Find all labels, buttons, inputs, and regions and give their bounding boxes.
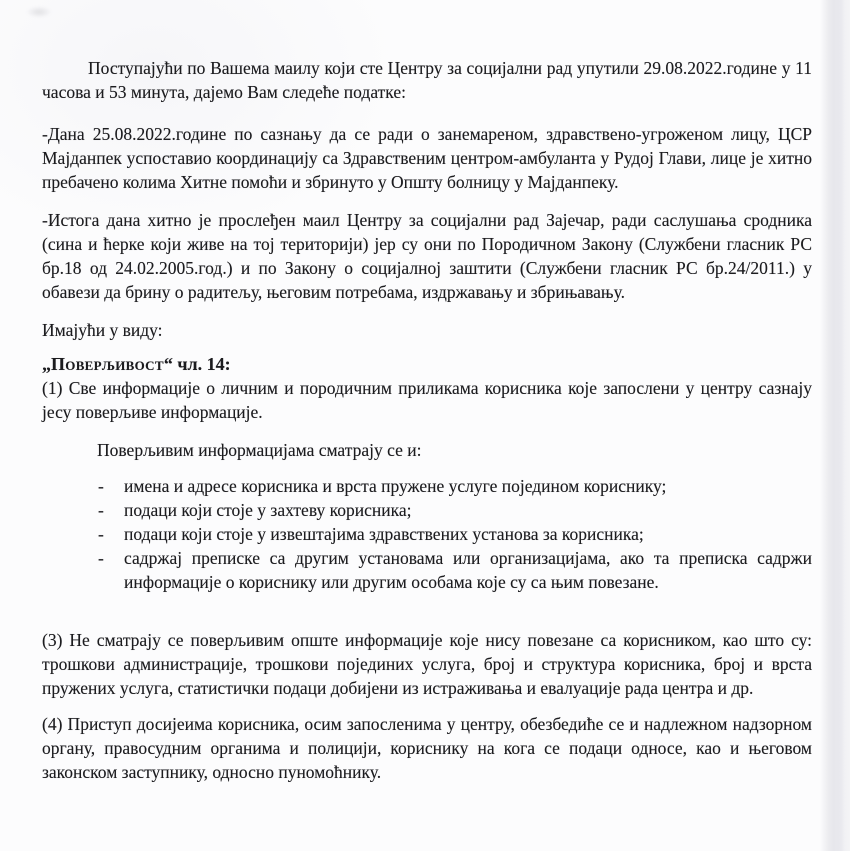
document-body: Поступајући по Вашема маилу који сте Цен… xyxy=(42,56,812,784)
list-item: - подаци који стоје у извештајима здравс… xyxy=(42,522,812,546)
dash-bullet-marker: - xyxy=(98,474,124,498)
paragraph-having-in-mind: Имајући у виду: xyxy=(42,318,812,342)
confidential-info-list: - имена и адресе корисника и врста пруже… xyxy=(42,474,812,594)
list-item-text: садржај преписке са другим установама ил… xyxy=(124,546,812,594)
paragraph-clause-4: (4) Приступ досијеима корисника, осим за… xyxy=(42,712,812,784)
paragraph-case-note-2: -Истога дана хитно је прослеђен маил Цен… xyxy=(42,208,812,304)
dash-bullet-marker: - xyxy=(98,546,124,594)
list-item-text: подаци који стоје у захтеву корисника; xyxy=(124,498,812,522)
heading-open-quote: „ xyxy=(42,354,51,374)
paragraph-intro: Поступајући по Вашема маилу који сте Цен… xyxy=(42,56,812,104)
scan-smudge-artifact xyxy=(26,6,52,18)
paragraph-case-note-1: -Дана 25.08.2022.године по сазнању да се… xyxy=(42,122,812,194)
paragraph-confidential-subheading: Поверљивим информацијама сматрају се и: xyxy=(97,438,812,462)
list-item-text: подаци који стоје у извештајима здравств… xyxy=(124,522,812,546)
page-edge-shadow xyxy=(820,0,850,851)
scanned-document-page: Поступајући по Вашема маилу који сте Цен… xyxy=(0,0,850,851)
list-item: - подаци који стоје у захтеву корисника; xyxy=(42,498,812,522)
heading-word: Поверљивост xyxy=(51,354,164,374)
heading-rest: “ чл. 14: xyxy=(164,354,231,374)
list-item-text: имена и адресе корисника и врста пружене… xyxy=(124,474,812,498)
list-item: - имена и адресе корисника и врста пруже… xyxy=(42,474,812,498)
section-heading-confidentiality: „Поверљивост“ чл. 14: xyxy=(42,352,812,376)
dash-bullet-marker: - xyxy=(98,522,124,546)
list-item: - садржај преписке са другим установама … xyxy=(42,546,812,594)
dash-bullet-marker: - xyxy=(98,498,124,522)
paragraph-clause-1: (1) Све информације о личним и породични… xyxy=(42,376,812,424)
paragraph-clause-3: (3) Не сматрају се поверљивим опште инфо… xyxy=(42,628,812,700)
